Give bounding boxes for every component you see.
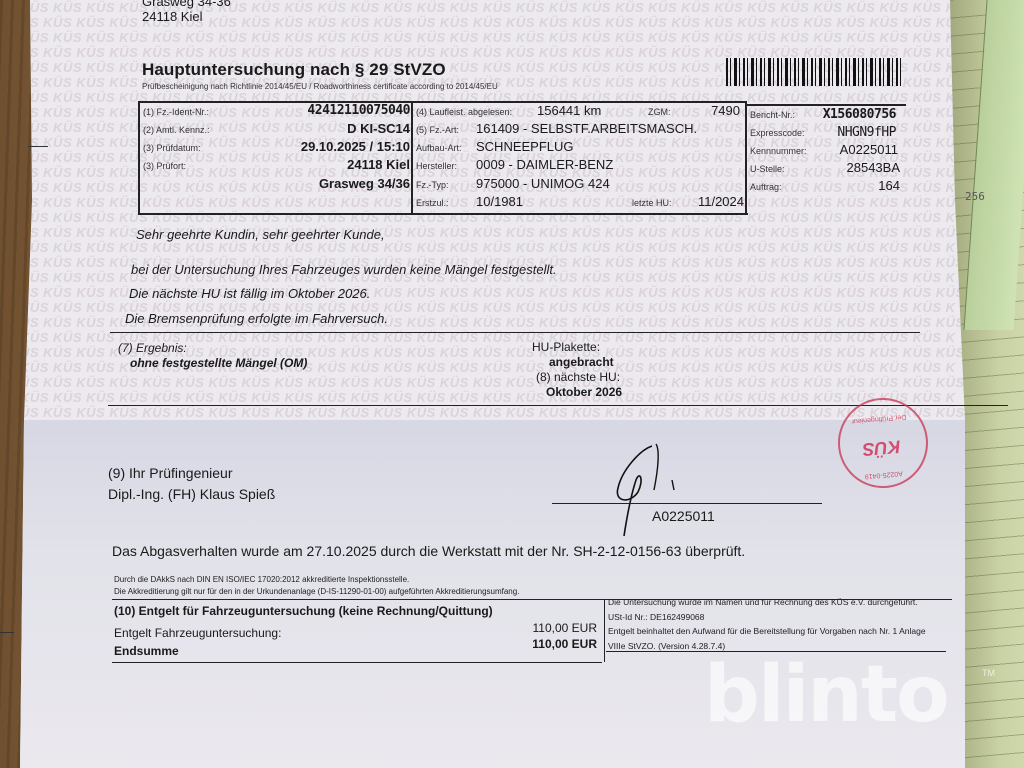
engineer-id: A0225011 — [652, 508, 715, 524]
fold-mark — [28, 146, 48, 147]
legal-line-2: USt-Id Nr.: DE162499068 — [608, 612, 704, 622]
fee-total-value: 110,00 EUR — [532, 637, 597, 651]
legal-line-1: Die Untersuchung wurde im Namen und für … — [608, 597, 918, 607]
testing-station-value: 28543BA — [847, 160, 901, 175]
last-hu-value: 11/2024 — [698, 194, 744, 209]
ident-label: (1) Fz.-Ident-Nr.: — [143, 107, 209, 117]
trademark-symbol: TM — [982, 668, 995, 678]
manufacturer-label: Hersteller: — [416, 161, 457, 171]
report-number-label: Bericht-Nr.: — [750, 110, 795, 120]
order-value: 164 — [878, 178, 900, 193]
accreditation-line-1: Durch die DAkkS nach DIN EN ISO/IEC 1702… — [114, 575, 409, 584]
address-city: 24118 Kiel — [142, 9, 202, 24]
body-type-value: SCHNEEPFLUG — [476, 139, 574, 154]
divider — [604, 600, 605, 662]
ledger-number: 256 — [965, 190, 985, 203]
vehicle-type-value: 161409 - SELBSTF.ARBEITSMASCH. — [476, 121, 697, 136]
divider — [112, 662, 602, 663]
zgm-value: 7490 — [711, 103, 740, 118]
inspection-place-value: 24118 Kiel — [347, 157, 410, 172]
divider — [110, 332, 920, 333]
express-code-label: Expresscode: — [750, 128, 805, 138]
address-street: Grasweg 34-36 — [142, 0, 231, 9]
plakette-label: HU-Plakette: — [532, 340, 600, 354]
box-left-border — [138, 101, 140, 214]
report-number-value: X156080756 — [823, 107, 896, 122]
order-label: Auftrag: — [750, 182, 782, 192]
plate-value: D KI-SC14 — [347, 121, 410, 136]
box-top-border-right — [746, 104, 906, 106]
inspection-date-label: (3) Prüfdatum: — [143, 143, 201, 153]
next-hu-value: Oktober 2026 — [546, 385, 622, 399]
box-bottom-border — [138, 213, 748, 215]
box-divider — [411, 101, 413, 214]
fold-mark — [0, 632, 14, 633]
signature — [600, 440, 710, 540]
inspection-place-label: (3) Prüfort: — [143, 161, 186, 171]
accreditation-line-2: Die Akkreditierung gilt nur für den in d… — [114, 587, 519, 596]
box-top-border — [138, 101, 746, 103]
document-title: Hauptuntersuchung nach § 29 StVZO — [142, 60, 446, 80]
stamp-ring-bottom-text: Der Prüfingenieur — [842, 412, 916, 425]
first-registration-label: Erstzul.: — [416, 198, 449, 208]
body-type-label: Aufbau-Art: — [416, 143, 462, 153]
letter-greeting: Sehr geehrte Kundin, sehr geehrter Kunde… — [136, 227, 385, 242]
fee-total-label: Endsumme — [114, 644, 179, 658]
fees-heading: (10) Entgelt für Fahrzeuguntersuchung (k… — [114, 604, 493, 618]
ident-value: 42412110075040 — [307, 103, 410, 118]
zgm-label: ZGM: — [648, 107, 671, 117]
id-number-label: Kennnummer: — [750, 146, 807, 156]
inspection-place-street: Grasweg 34/36 — [319, 176, 410, 191]
letter-line-1: bei der Untersuchung Ihres Fahrzeuges wu… — [131, 262, 557, 277]
manufacturer-value: 0009 - DAIMLER-BENZ — [476, 157, 613, 172]
emissions-statement: Das Abgasverhalten wurde am 27.10.2025 d… — [112, 543, 745, 559]
next-hu-label: (8) nächste HU: — [536, 370, 620, 384]
plate-label: (2) Amtl. Kennz.: — [143, 125, 210, 135]
model-value: 975000 - UNIMOG 424 — [476, 176, 610, 191]
document-subtitle: Prüfbescheinigung nach Richtlinie 2014/4… — [142, 82, 498, 91]
box-divider — [745, 101, 747, 214]
blinto-watermark-logo: blinto — [704, 650, 948, 740]
fee-item-value: 110,00 EUR — [533, 621, 597, 635]
engineer-label: (9) Ihr Prüfingenieur — [108, 465, 233, 481]
last-hu-label: letzte HU: — [632, 198, 672, 208]
vehicle-type-label: (5) Fz.-Art: — [416, 125, 459, 135]
id-number-value: A0225011 — [840, 142, 898, 157]
testing-station-label: U-Stelle: — [750, 164, 785, 174]
stamp-logo: KÜS — [854, 435, 910, 461]
barcode — [726, 58, 902, 86]
result-label: (7) Ergebnis: — [118, 341, 187, 355]
inspection-date-value: 29.10.2025 / 15:10 — [301, 139, 410, 154]
letter-line-3: Die Bremsenprüfung erfolgte im Fahrversu… — [125, 311, 388, 326]
engineer-name: Dipl.-Ing. (FH) Klaus Spieß — [108, 486, 275, 502]
express-code-value: NHGN9fHP — [837, 125, 896, 140]
mileage-label: (4) Laufleist. abgelesen: — [416, 107, 512, 117]
mileage-value: 156441 km — [537, 103, 601, 118]
legal-line-3: Entgelt beinhaltet den Aufwand für die B… — [608, 626, 926, 636]
first-registration-value: 10/1981 — [476, 194, 523, 209]
fee-item-label: Entgelt Fahrzeuguntersuchung: — [114, 626, 281, 640]
plakette-value: angebracht — [549, 355, 614, 369]
model-label: Fz.-Typ: — [416, 180, 449, 190]
letter-line-2: Die nächste HU ist fällig im Oktober 202… — [129, 286, 370, 301]
result-value: ohne festgestellte Mängel (OM) — [130, 356, 307, 370]
signature-line — [552, 503, 822, 504]
